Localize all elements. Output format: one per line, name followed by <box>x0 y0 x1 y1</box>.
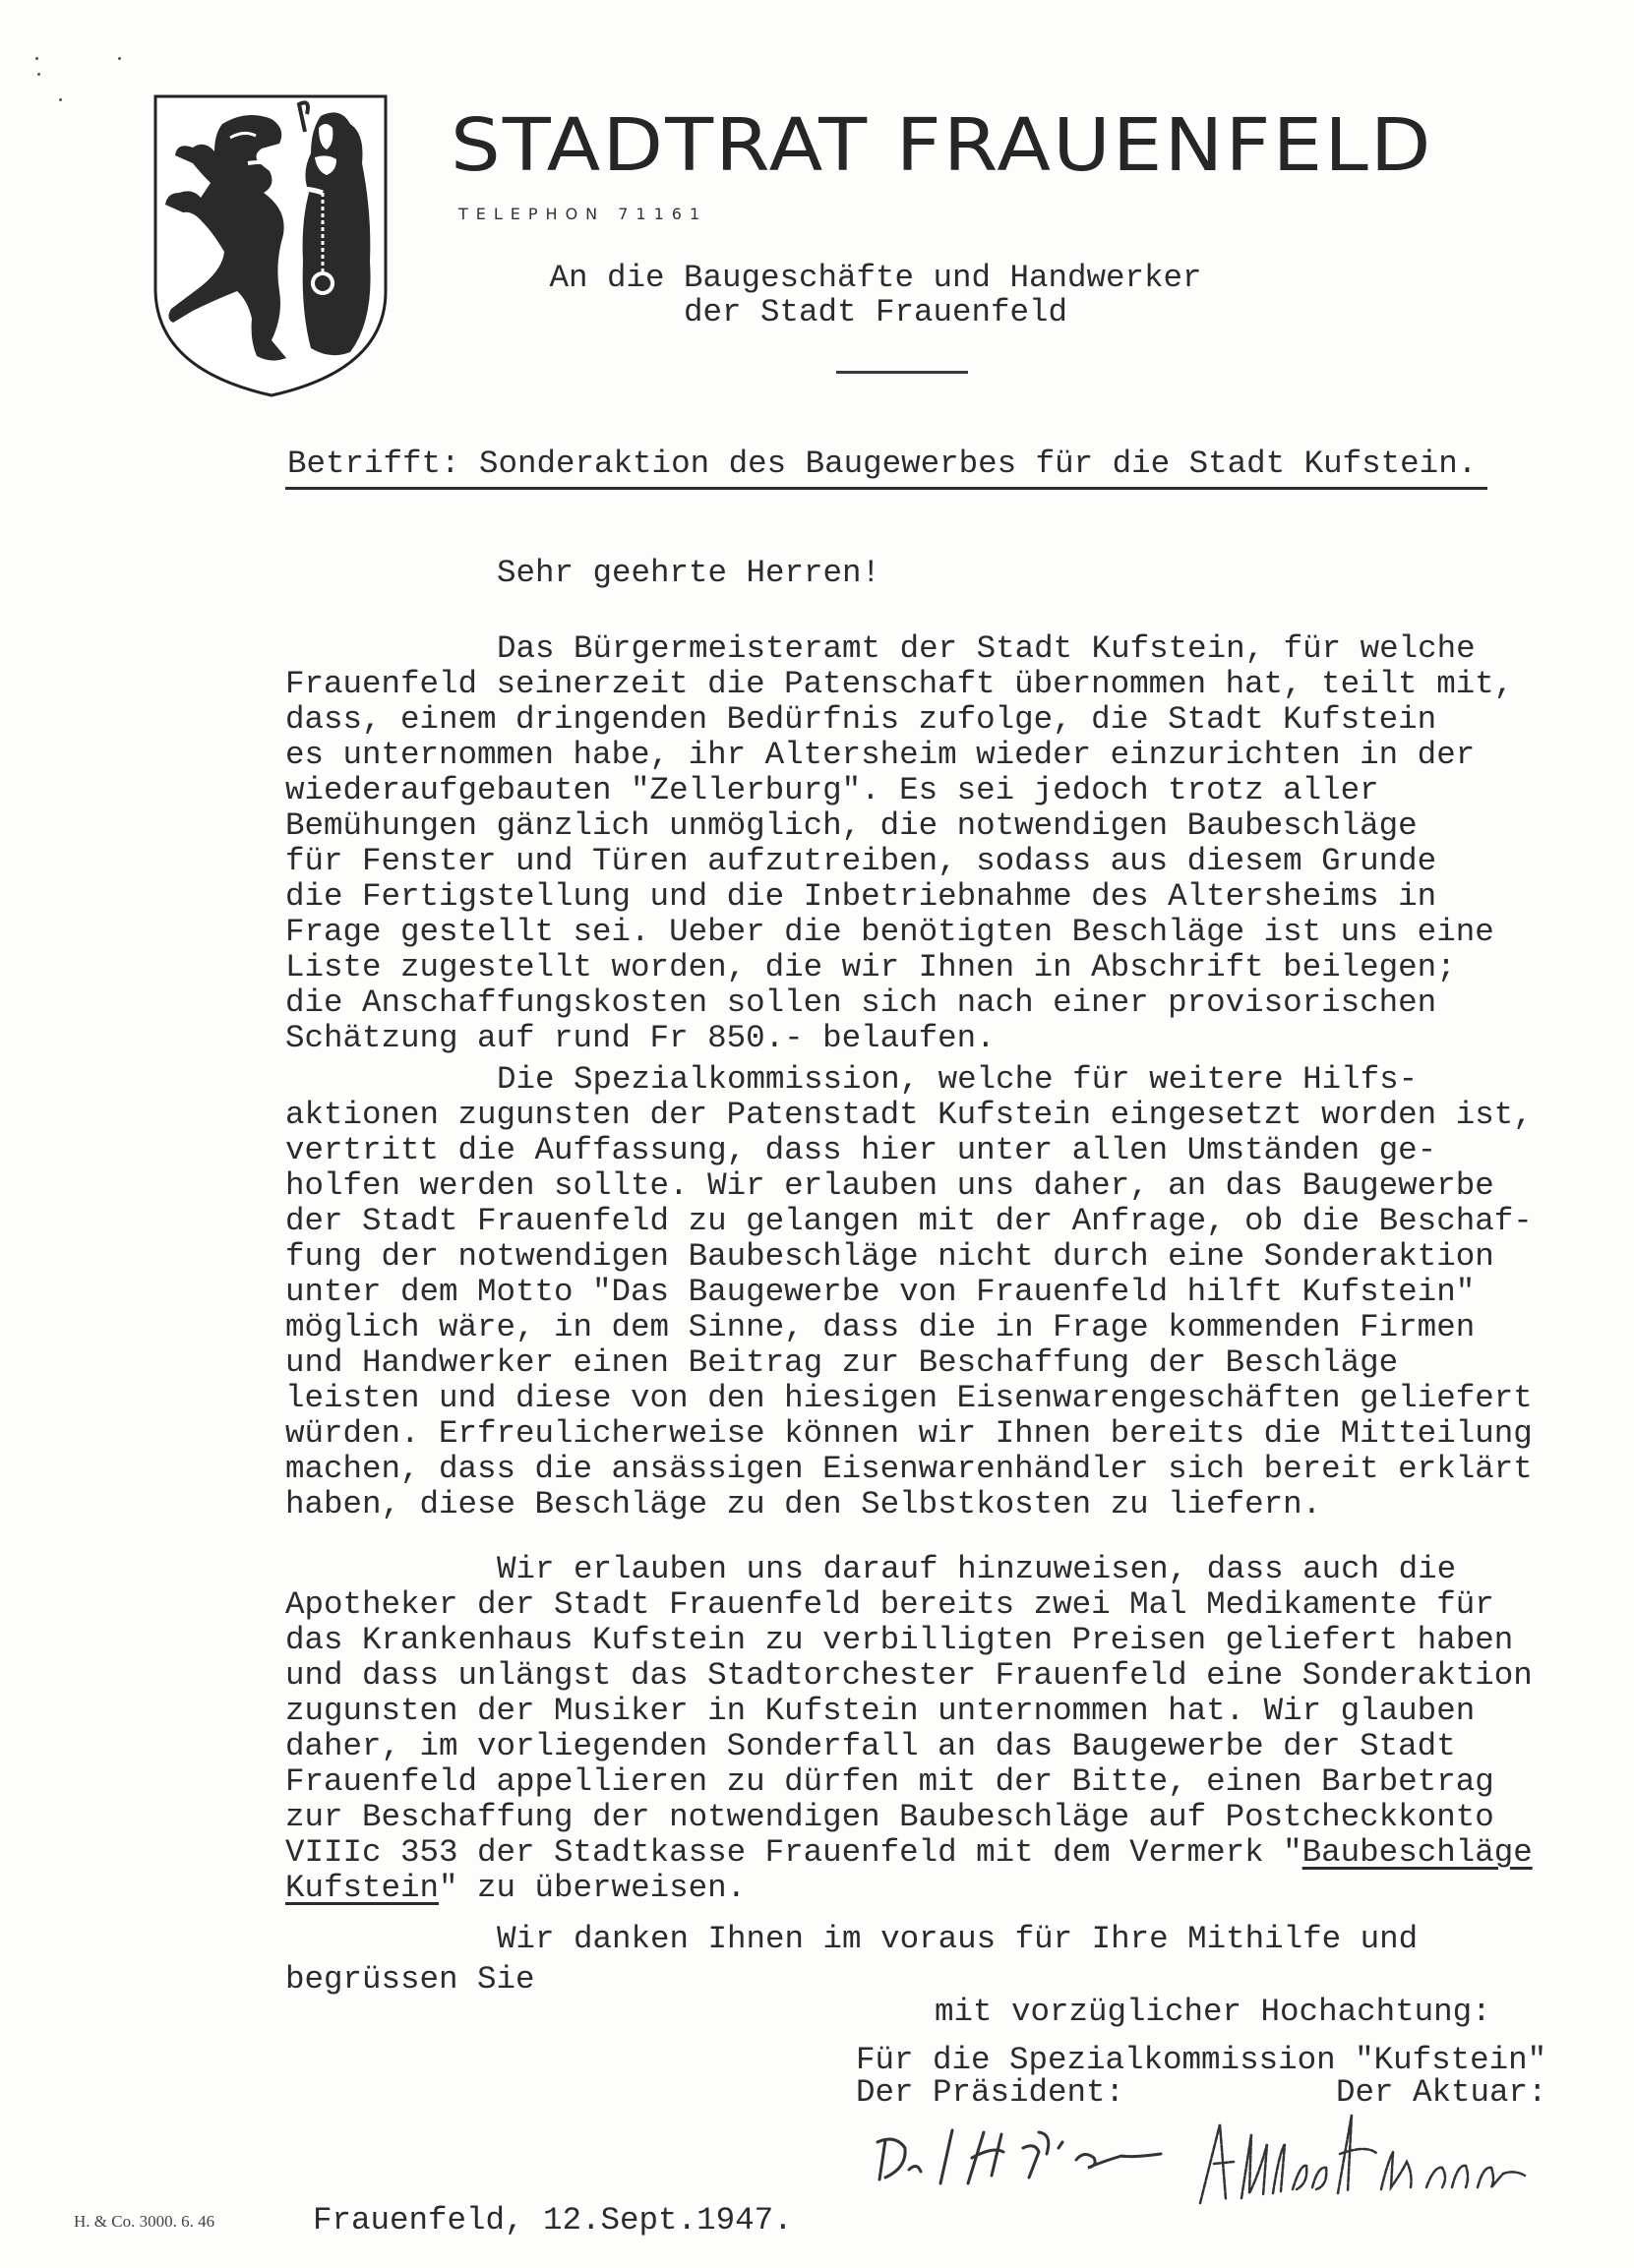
paragraph-line: leisten und diese von den hiesigen Eisen… <box>285 1381 1533 1416</box>
paragraph-line: der Stadt Frauenfeld zu gelangen mit der… <box>285 1204 1533 1239</box>
subject-line: Betrifft: Sonderaktion des Baugewerbes f… <box>287 445 1477 484</box>
paragraph-line: Frage gestellt sei. Ueber die benötigten… <box>285 915 1494 950</box>
paragraph-line: das Krankenhaus Kufstein zu verbilligten… <box>285 1623 1513 1658</box>
closing-greeting: begrüssen Sie <box>285 1962 535 1998</box>
paragraph-line: Frauenfeld seinerzeit die Patenschaft üb… <box>285 667 1513 702</box>
paragraph-line: Die Spezialkommission, welche für weiter… <box>497 1062 1418 1098</box>
paragraph-line: es unternommen habe, ihr Altersheim wied… <box>285 738 1475 773</box>
reference-underlined: Kufstein <box>285 1870 439 1906</box>
paragraph-line: aktionen zugunsten der Patenstadt Kufste… <box>285 1098 1533 1133</box>
paragraph-line: VIIIc 353 der Stadtkasse Frauenfeld mit … <box>285 1835 1533 1871</box>
closing-regards: mit vorzüglicher Hochachtung: <box>935 1995 1491 2030</box>
scan-speck <box>35 57 38 60</box>
account-text: VIIIc 353 der Stadtkasse Frauenfeld mit … <box>285 1834 1302 1871</box>
subject-underline <box>285 487 1487 490</box>
paragraph-line: wiederaufgebauten "Zellerburg". Es sei j… <box>285 773 1379 808</box>
paragraph-line: die Fertigstellung und die Inbetriebnahm… <box>285 879 1436 915</box>
letterhead-title: STADTRAT FRAUENFELD <box>451 106 1433 185</box>
paragraph-line: und Handwerker einen Beitrag zur Beschaf… <box>285 1345 1398 1381</box>
paragraph-line: Apotheker der Stadt Frauenfeld bereits z… <box>285 1587 1494 1623</box>
letter-page: STADTRAT FRAUENFELD TELEPHON 71161 An di… <box>0 0 1634 2268</box>
secretary-signature-icon <box>1190 2105 1613 2213</box>
paragraph-line: Liste zugestellt worden, die wir Ihnen i… <box>285 950 1456 985</box>
paragraph-line: haben, diese Beschläge zu den Selbstkost… <box>285 1487 1321 1522</box>
scan-speck <box>37 73 40 76</box>
printer-mark: H. & Co. 3000. 6. 46 <box>74 2211 214 2233</box>
president-label: Der Präsident: <box>856 2075 1124 2111</box>
paragraph-line: Bemühungen gänzlich unmöglich, die notwe… <box>285 808 1418 844</box>
president-signature-icon <box>866 2113 1190 2191</box>
salutation: Sehr geehrte Herren! <box>497 556 880 591</box>
paragraph-line: Frauenfeld appellieren zu dürfen mit der… <box>285 1764 1494 1800</box>
paragraph-line: zugunsten der Musiker in Kufstein untern… <box>285 1694 1475 1729</box>
paragraph-line: und dass unlängst das Stadtorchester Fra… <box>285 1658 1533 1694</box>
paragraph-line: zur Beschaffung der notwendigen Baubesch… <box>285 1800 1494 1835</box>
recipient-line-1: An die Baugeschäfte und Handwerker <box>531 261 1220 296</box>
paragraph-line: Das Bürgermeisteramt der Stadt Kufstein,… <box>497 631 1476 667</box>
paragraph-line: holfen werden sollte. Wir erlauben uns d… <box>285 1168 1494 1204</box>
paragraph-line: würden. Erfreulicherweise können wir Ihn… <box>285 1416 1533 1452</box>
coat-of-arms-icon <box>153 94 390 399</box>
paragraph-line: Kufstein" zu überweisen. <box>285 1871 746 1906</box>
paragraph-line: Wir erlauben uns darauf hinzuweisen, das… <box>497 1552 1456 1587</box>
paragraph-line: unter dem Motto "Das Baugewerbe von Frau… <box>285 1275 1475 1310</box>
paragraph-line: Schätzung auf rund Fr 850.- belaufen. <box>285 1021 996 1056</box>
recipient-line-2: der Stadt Frauenfeld <box>531 295 1220 330</box>
paragraph-line: dass, einem dringenden Bedürfnis zufolge… <box>285 702 1436 738</box>
transfer-text: " zu überweisen. <box>439 1870 746 1906</box>
paragraph-line: daher, im vorliegenden Sonderfall an das… <box>285 1729 1456 1764</box>
paragraph-line: die Anschaffungskosten sollen sich nach … <box>285 985 1436 1021</box>
closing-thanks: Wir danken Ihnen im voraus für Ihre Mith… <box>497 1922 1418 1957</box>
header-divider <box>836 371 968 374</box>
paragraph-line: fung der notwendigen Baubeschläge nicht … <box>285 1239 1494 1275</box>
paragraph-line: vertritt die Auffassung, dass hier unter… <box>285 1133 1436 1168</box>
paragraph-line: für Fenster und Türen aufzutreiben, soda… <box>285 844 1436 879</box>
place-and-date: Frauenfeld, 12.Sept.1947. <box>313 2203 793 2238</box>
scan-speck <box>118 57 121 60</box>
letterhead-telephone: TELEPHON 71161 <box>458 204 707 225</box>
committee-name: Für die Spezialkommission "Kufstein" <box>856 2043 1546 2078</box>
reference-underlined: Baubeschläge <box>1302 1834 1533 1871</box>
paragraph-line: möglich wäre, in dem Sinne, dass die in … <box>285 1310 1475 1345</box>
paragraph-line: machen, dass die ansässigen Eisenwarenhä… <box>285 1452 1533 1487</box>
scan-speck <box>59 98 62 101</box>
